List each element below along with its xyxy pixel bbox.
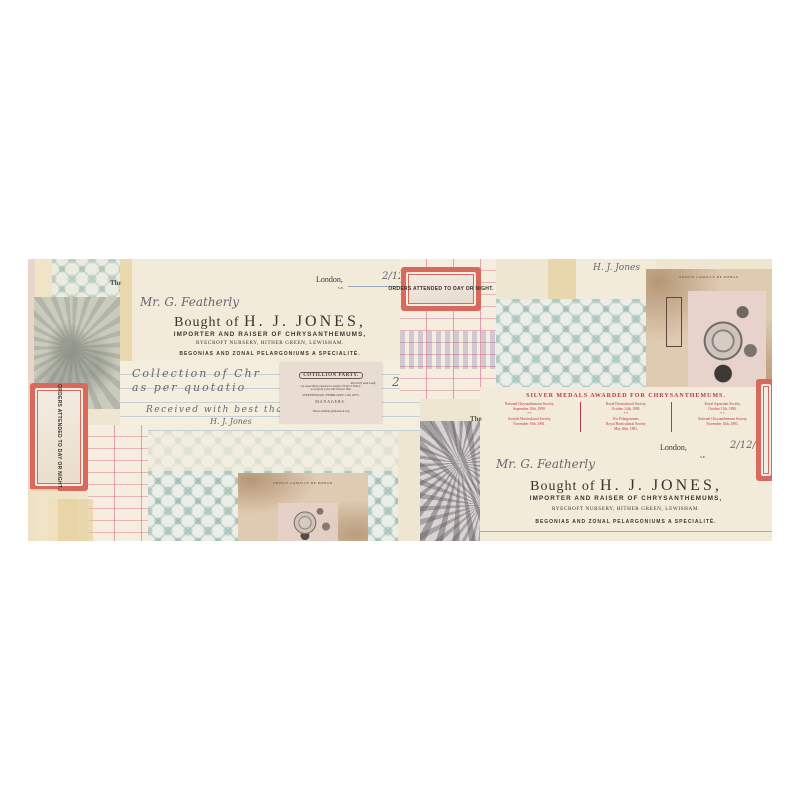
note-signature: H. J. Jones <box>210 417 252 426</box>
medals-col-1: National Chrysanthemum Society, Septembe… <box>484 402 575 432</box>
medal-text: November 10th, 1891. <box>677 422 768 427</box>
medals-columns: National Chrysanthemum Society, Septembe… <box>480 399 772 432</box>
invoice-right-address: RYECROFT NURSERY, HITHER GREEN, LEWISHAM… <box>480 506 772 512</box>
invoice-right-trade: IMPORTER AND RAISER OF CHRYSANTHEMUMS, <box>480 495 772 502</box>
invoice-left: The London, S.E. 2/12/ Mr. G. Featherly … <box>120 259 420 361</box>
invoice-right-addressee: Mr. G. Featherly <box>496 457 595 471</box>
invoice-right-bought-prefix: Bought of <box>530 479 595 494</box>
cotillion-party-card: COTILLION PARTY. Yourself and Lady are r… <box>280 363 382 423</box>
tape-strip-center <box>548 259 578 304</box>
yellow-scrap-left <box>28 489 58 541</box>
rose-engraving-bottom <box>278 503 338 541</box>
note-amount: 2 <box>392 375 400 389</box>
invoice-right-merchant: H. J. JONES, <box>600 477 722 494</box>
card-footer: Tickets admitting gentleman & lady <box>280 410 382 413</box>
card-managers: MANAGERS. <box>280 400 382 404</box>
invoice-right-side-word: The <box>470 415 482 423</box>
signature-top-right: H. J. Jones <box>593 263 640 273</box>
teal-tile-right <box>496 299 656 389</box>
note-line-2: as per quotatio <box>132 381 246 394</box>
rose-clipping-top-header: PRINCE CAMILLE DE ROHAN <box>646 275 772 279</box>
rose-engraving-top <box>688 291 766 387</box>
invoice-speciality: BEGONIAS AND ZONAL PELARGONIUMS A SPECIA… <box>120 351 420 357</box>
invoice-address: RYECROFT NURSERY, HITHER GREEN, LEWISHAM… <box>120 340 420 346</box>
rose-clipping-top: PRINCE CAMILLE DE ROHAN <box>646 269 772 389</box>
faded-overlay-center <box>148 431 398 471</box>
invoice-right-rule <box>480 531 772 532</box>
invoice-right-city: London, <box>660 443 687 452</box>
invoice-bought-line: Bought of H. J. JONES, <box>120 313 420 331</box>
ledger-blue-ink <box>400 331 496 369</box>
medals-col-3: Royal Aquarium Society, October 11th, 18… <box>677 402 768 432</box>
rose-clipping-header: PRINCE CAMILLE DE ROHAN <box>238 481 368 485</box>
teal-tile-top-left <box>52 259 122 297</box>
invoice-city: London, <box>316 275 343 284</box>
invoice-right-postal: S.E. <box>700 455 706 459</box>
invoice-trade: IMPORTER AND RAISER OF CHRYSANTHEMUMS, <box>120 331 420 338</box>
collage-paper-strip: The London, S.E. 2/12/ Mr. G. Featherly … <box>28 259 772 541</box>
invoice-right: The London, S.E. 2/12/ Mr. G. Featherly … <box>480 443 772 541</box>
orders-label-text-top: ORDERS ATTENDED TO DAY OR NIGHT. <box>388 286 493 292</box>
orders-label-vertical: ORDERS ATTENDED TO DAY OR NIGHT. <box>30 383 88 491</box>
invoice-right-bought-line: Bought of H. J. JONES, <box>480 477 772 495</box>
card-title: COTILLION PARTY. <box>299 372 363 379</box>
invoice-right-speciality: BEGONIAS AND ZONAL PELARGONIUMS A SPECIA… <box>480 519 772 525</box>
orders-label-horizontal: ORDERS ATTENDED TO DAY OR NIGHT. <box>401 267 481 311</box>
rose-clipping-bottom: PRINCE CAMILLE DE ROHAN <box>238 473 368 541</box>
card-line3: to be given at the Old Fellows' Hall, <box>280 388 382 391</box>
card-date: WEDNESDAY, FEBRUARY 11th 1875. <box>280 393 382 397</box>
ledger-page-left <box>88 425 148 541</box>
medals-banner: SILVER MEDALS AWARDED FOR CHRYSANTHEMUMS… <box>480 387 772 443</box>
invoice-postal: S.E. <box>338 286 344 290</box>
invoice-merchant: H. J. JONES, <box>244 313 366 330</box>
medals-col-2: Royal Horticultural Society, October 14t… <box>580 402 673 432</box>
note-line-1: Collection of Chr <box>132 367 261 380</box>
medal-text: May 26th, 1891. <box>581 427 672 432</box>
tape-strip-left <box>120 259 132 361</box>
rose-clipping-sidebar <box>666 297 682 347</box>
invoice-addressee: Mr. G. Featherly <box>140 295 239 309</box>
orders-label-right-edge <box>756 379 772 481</box>
medal-text: November 19th, 1891. <box>484 422 575 427</box>
invoice-right-date: 2/12/ <box>730 440 756 451</box>
orders-label-text: ORDERS ATTENDED TO DAY OR NIGHT. <box>56 384 62 489</box>
invoice-bought-prefix: Bought of <box>174 315 239 330</box>
